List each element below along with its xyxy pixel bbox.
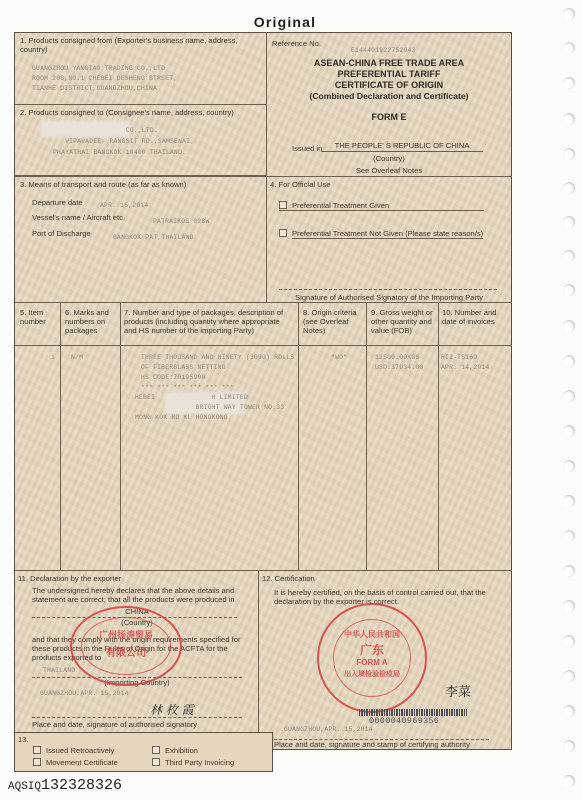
port-label: Port of Discharge	[32, 229, 91, 238]
heading-line-3: CERTIFICATE OF ORIGIN	[267, 80, 511, 90]
importer-signature-caption: Signature of Authorised Signatory of the…	[267, 293, 511, 302]
exhibition-label: Exhibition	[165, 746, 198, 755]
exhibition-option[interactable]: Exhibition	[152, 746, 198, 755]
exporter-line-1: GUANGZHOU YANGTAO TRADING CO.,LTD	[32, 64, 165, 74]
certifier-place-date: GUANGZHOU,APR. 15,2014	[284, 725, 373, 735]
binder-hole	[563, 705, 575, 717]
col-divider	[366, 303, 367, 570]
gross-weight-value: 12500.00KGS	[375, 353, 419, 363]
aqsiq-prefix: AQSIQ	[8, 781, 41, 793]
box2-label: 2. Products consigned to (Consignee's na…	[20, 108, 266, 117]
stamp-company-suffix-cn: 有限公司	[72, 644, 180, 659]
col-gross-weight: 9. Gross weight or other quantity and va…	[371, 308, 433, 336]
aqsiq-code: AQSIQ132328326	[8, 776, 122, 794]
stamp-company-name-cn: 广州扬涛贸易	[72, 628, 180, 641]
col-divider	[438, 303, 439, 570]
vessel-value: PATRAIKOS 028W	[153, 217, 210, 227]
consignee-line-2: VIPAVADEE- RANGSIT RD.,SAMSENAI,	[53, 137, 194, 147]
certificate-header: Reference No. E144401922752043 ASEAN-CHI…	[267, 33, 511, 176]
box13-number: 13.	[18, 735, 29, 744]
binder-hole	[563, 42, 575, 54]
fob-value: USD:37934.00	[375, 363, 423, 373]
aqsiq-number: 132328326	[41, 777, 122, 794]
box-exporter: 1. Products consigned from (Exporter's b…	[15, 33, 267, 105]
stamp-line-3: FORM A	[319, 658, 425, 667]
issued-in-label: Issued in	[292, 144, 322, 153]
box4-label: 4. For Official Use	[270, 180, 331, 189]
description-hs-code: HS CODE:70195900	[141, 373, 206, 383]
movement-certificate-checkbox[interactable]	[33, 758, 41, 766]
treatment-not-given-label: Preferential Treatment Not Given (Please…	[292, 229, 483, 239]
third-party-invoicing-option[interactable]: Third Party Invoicing	[152, 758, 234, 767]
issued-retroactively-option[interactable]: Issued Retroactively	[33, 746, 114, 755]
binder-hole	[563, 284, 575, 296]
binder-hole	[563, 355, 575, 367]
movement-certificate-option[interactable]: Movement Certificate	[33, 758, 118, 767]
binder-hole	[563, 670, 575, 682]
binder-hole	[563, 530, 575, 542]
binder-hole	[563, 182, 575, 194]
stamp-line-4: 出入境检验检疫局	[319, 669, 425, 679]
issued-in-value: THE PEOPLE' S REPUBLIC OF CHINA	[321, 141, 483, 152]
binder-hole	[563, 775, 575, 787]
form-name: FORM E	[267, 112, 511, 122]
treatment-not-given-checkbox[interactable]	[279, 229, 287, 237]
certification-text: It is hereby certified, on the basis of …	[274, 588, 506, 606]
binder-hole	[563, 250, 575, 262]
description-line-1: THREE THOUSAND AND NINETY (3090) ROLLS	[141, 353, 294, 363]
binder-hole	[563, 425, 575, 437]
description-line-5: HEBEI H LIMITED	[135, 393, 248, 403]
treatment-given-option[interactable]: Preferential Treatment Given	[279, 201, 484, 211]
barcode	[359, 709, 467, 716]
binder-hole	[563, 740, 575, 752]
reference-number: E144401922752043	[351, 46, 416, 56]
box-certification: 12. Certification It is hereby certified…	[259, 570, 511, 749]
box-exporter-declaration: 11. Declaration by the exporter The unde…	[15, 570, 259, 733]
col-origin-criteria: 8. Origin criteria (see Overleaf Notes)	[303, 308, 361, 336]
box-consignee: 2. Products consigned to (Consignee's na…	[15, 105, 267, 176]
departure-label: Departure date	[32, 198, 83, 207]
invoice-date: APR. 14,2014	[441, 363, 489, 373]
third-party-invoicing-checkbox[interactable]	[152, 758, 160, 766]
certificate-form: 1. Products consigned from (Exporter's b…	[14, 32, 512, 750]
binder-hole	[563, 320, 575, 332]
exporter-place-date: GUANGZHOU,APR. 15,2014	[40, 689, 129, 699]
box-transport: 3. Means of transport and route (as far …	[15, 176, 267, 303]
origin-criteria-value: "WO"	[331, 353, 347, 363]
overleaf-note: See Overleaf Notes	[267, 166, 511, 175]
box3-label: 3. Means of transport and route (as far …	[20, 180, 186, 189]
description-line-2: OF FIBERGLASS NETTING	[141, 363, 226, 373]
description-line-6: BRIGHT WAY TOWER NO.33	[135, 403, 284, 413]
reference-label: Reference No.	[272, 39, 321, 48]
official-authority-stamp: 中华人民共和国 广东 FORM A 出入境检验检疫局	[317, 603, 427, 713]
binder-hole	[563, 216, 575, 228]
binder-hole	[563, 460, 575, 472]
stamp-line-1: 中华人民共和国	[319, 629, 425, 640]
certifier-signature: 李菜	[445, 681, 471, 700]
invoice-number: RI2-TS160	[441, 353, 477, 363]
port-value: BANGKOK PAT,THAILAND	[113, 233, 194, 243]
box-official-use: 4. For Official Use Preferential Treatme…	[267, 176, 511, 303]
exporter-signature: 林 枚 霞	[150, 701, 194, 718]
box12-label: 12. Certification	[262, 574, 315, 583]
col-invoices: 10. Number and date of invoices	[442, 308, 504, 326]
box11-label: 11. Declaration by the exporter	[18, 574, 121, 583]
exporter-line-2: ROOM 208,NO.1 CHEBEI DESHENG STREET,	[32, 74, 177, 84]
col-marks: 6. Marks and numbers on packages	[65, 308, 117, 336]
consignee-line-1: CO.,LTD.	[53, 126, 158, 136]
col-description: 7. Number and type of packages, descript…	[124, 308, 294, 336]
treatment-given-checkbox[interactable]	[279, 201, 287, 209]
col-divider	[60, 303, 61, 570]
treatment-given-label: Preferential Treatment Given	[292, 201, 389, 210]
stamp-line-2: 广东	[319, 641, 425, 658]
binder-hole	[563, 8, 575, 20]
departure-value: APR. 15,2014	[100, 201, 148, 211]
exhibition-checkbox[interactable]	[152, 746, 160, 754]
col-divider	[298, 303, 299, 570]
heading-line-1: ASEAN-CHINA FREE TRADE AREA	[267, 58, 511, 68]
heading-subtitle: (Combined Declaration and Certificate)	[267, 91, 511, 101]
marks-value: N/M	[71, 353, 83, 363]
box1-label: 1. Products consigned from (Exporter's b…	[20, 36, 262, 54]
binder-hole	[563, 565, 575, 577]
binder-hole	[563, 635, 575, 647]
goods-table-header: 5. Item number 6. Marks and numbers on p…	[15, 303, 511, 346]
exporter-signature-line	[32, 717, 242, 718]
binder-hole	[563, 148, 575, 160]
treatment-not-given-option[interactable]: Preferential Treatment Not Given (Please…	[279, 229, 483, 238]
binder-hole	[563, 77, 575, 89]
country-caption: (Country)	[267, 154, 511, 163]
third-party-invoicing-label: Third Party Invoicing	[165, 758, 234, 767]
issued-retroactively-checkbox[interactable]	[33, 746, 41, 754]
exporter-signature-caption: Place and date, signature of authorised …	[32, 720, 197, 729]
exporter-line-3: TIANHE DISTRICT,GUANGZHOU,CHINA	[32, 84, 157, 94]
col-divider	[120, 303, 121, 570]
binder-hole	[563, 390, 575, 402]
exporter-company-stamp: 广州扬涛贸易 有限公司	[70, 606, 182, 686]
box-13-body: 13. Issued Retroactively Exhibition Move…	[14, 732, 273, 772]
movement-certificate-label: Movement Certificate	[46, 758, 118, 767]
barcode-number: 0000040969356	[369, 716, 439, 726]
vessel-label: Vessel's name / Aircraft etc.	[32, 213, 125, 222]
issued-retroactively-label: Issued Retroactively	[46, 746, 114, 755]
declaration-text-1: The undersigned hereby declares that the…	[32, 586, 254, 604]
item-number: 1	[51, 353, 55, 363]
description-line-7: MONG KOK RD KL HONGKONG	[135, 413, 228, 423]
heading-line-2: PREFERENTIAL TARIFF	[267, 69, 511, 79]
certifier-signature-caption: Place and date, signature and stamp of c…	[274, 740, 470, 749]
binder-hole	[563, 600, 575, 612]
binder-hole	[563, 113, 575, 125]
col-item-number: 5. Item number	[20, 308, 55, 326]
consignee-line-3: PHAYATHAI BANGKOK 10400 THAILAND.	[53, 148, 186, 158]
binder-hole	[563, 495, 575, 507]
importer-signature-line	[279, 289, 497, 290]
document-title: Original	[225, 14, 345, 30]
importing-country-value: THAILAND	[43, 666, 75, 676]
